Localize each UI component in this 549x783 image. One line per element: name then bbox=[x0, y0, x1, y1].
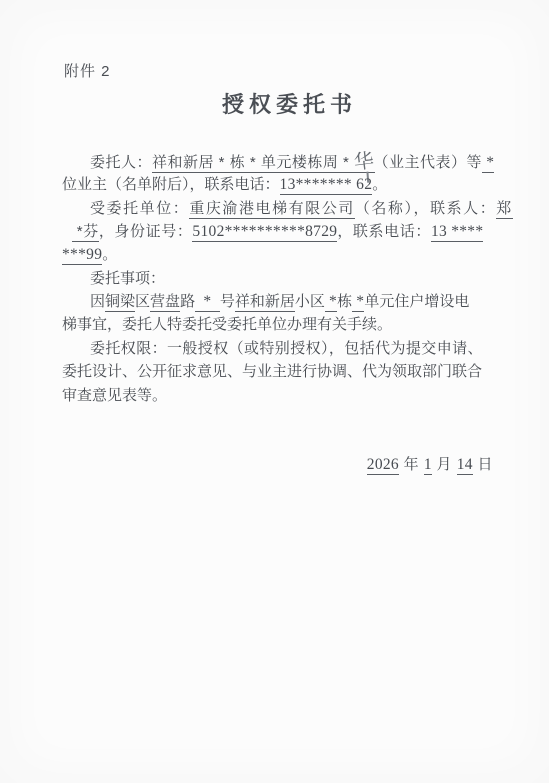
text-segment: 委托事项： bbox=[90, 270, 165, 287]
underlined-field: 郑 bbox=[496, 200, 513, 219]
underlined-field: 13******* 62 bbox=[280, 176, 373, 195]
text-segment: 受委托单位： bbox=[90, 200, 189, 217]
document-line: 梯事宜，委托人特委托受委托单位办理有关手续。 bbox=[62, 314, 533, 336]
text-segment: 梯事宜，委托人特委托受委托单位办理有关手续。 bbox=[62, 316, 392, 333]
underlined-field: 13 **** bbox=[431, 223, 483, 242]
text-segment: （名称），联系人： bbox=[355, 200, 496, 217]
underlined-field: 祥和新居 * 栋 * 单元楼栋周 * bbox=[152, 154, 354, 173]
text-segment: 委托人： bbox=[90, 154, 152, 171]
underlined-field: * bbox=[325, 293, 337, 312]
document-line: 受委托单位：重庆渝港电梯有限公司（名称），联系人：郑 bbox=[62, 198, 533, 220]
underlined-field: * bbox=[482, 154, 494, 173]
text-segment: 栋 bbox=[337, 293, 352, 310]
underlined-field: 重庆渝港电梯有限公司 bbox=[189, 200, 355, 219]
document-line: 位业主（名单附后），联系电话：13******* 62。 bbox=[62, 174, 533, 196]
text-segment: （业主代表）等 bbox=[374, 154, 483, 171]
attachment-label: 附件 2 bbox=[64, 60, 111, 81]
text-segment: 区 bbox=[135, 293, 150, 310]
text-segment: 。 bbox=[102, 246, 117, 263]
text-segment: 审查意见表等。 bbox=[62, 387, 167, 404]
underlined-field: 营盘 bbox=[150, 293, 180, 312]
text-segment: 。 bbox=[372, 176, 387, 193]
underlined-field: 5102**********8729 bbox=[192, 223, 337, 242]
document-title: 授权委托书 bbox=[0, 88, 549, 119]
underlined-field: 华 bbox=[354, 154, 375, 173]
document-line: 因铜梁区营盘路 * 号祥和新居小区 *栋 *单元住户增设电 bbox=[62, 291, 533, 313]
handwritten-signature: 华 bbox=[353, 151, 376, 174]
text-segment: 单元住户增设电 bbox=[364, 293, 469, 310]
underlined-field: * bbox=[352, 293, 364, 312]
document-line: ***99。 bbox=[62, 244, 533, 266]
text-segment: ，联系电话： bbox=[337, 223, 431, 240]
document-line: 委托人：祥和新居 * 栋 * 单元楼栋周 * 华（业主代表）等 * bbox=[62, 151, 533, 173]
underlined-field: 祥和新居 bbox=[235, 293, 295, 312]
document-page: 附件 2 授权委托书 委托人：祥和新居 * 栋 * 单元楼栋周 * 华（业主代表… bbox=[0, 0, 549, 783]
underlined-field: 2026 bbox=[367, 456, 399, 475]
text-segment: 日 bbox=[473, 456, 493, 473]
text-segment: 位业主（名单附后），联系电话： bbox=[62, 176, 280, 193]
document-line: 委托事项： bbox=[62, 268, 533, 290]
text-segment: 因 bbox=[90, 293, 105, 310]
underlined-field: ***99 bbox=[62, 246, 102, 265]
document-line: 委托设计、公开征求意见、与业主进行协调、代为领取部门联合 bbox=[62, 361, 533, 383]
underlined-field: *芬 bbox=[72, 223, 99, 242]
text-segment: ，身份证号： bbox=[99, 223, 193, 240]
text-segment: 委托权限：一般授权（或特别授权），包括代为提交申请、 bbox=[90, 340, 483, 357]
document-line: 审查意见表等。 bbox=[62, 385, 533, 407]
underlined-field: 14 bbox=[457, 456, 473, 475]
document-line: 委托权限：一般授权（或特别授权），包括代为提交申请、 bbox=[62, 338, 533, 360]
text-segment: 小区 bbox=[295, 293, 325, 310]
text-segment: 号 bbox=[220, 293, 235, 310]
text-segment: 路 bbox=[180, 293, 195, 310]
underlined-field: 1 bbox=[424, 456, 432, 475]
text-segment: 月 bbox=[432, 456, 457, 473]
text-segment: 委托设计、公开征求意见、与业主进行协调、代为领取部门联合 bbox=[62, 363, 482, 380]
document-line: *芬，身份证号：5102**********8729，联系电话：13 **** bbox=[62, 221, 533, 243]
text-segment: 年 bbox=[399, 456, 424, 473]
underlined-field: 铜梁 bbox=[105, 293, 135, 312]
underlined-field: * bbox=[195, 293, 220, 312]
date-line: 2026 年 1 月 14 日 bbox=[367, 454, 493, 475]
